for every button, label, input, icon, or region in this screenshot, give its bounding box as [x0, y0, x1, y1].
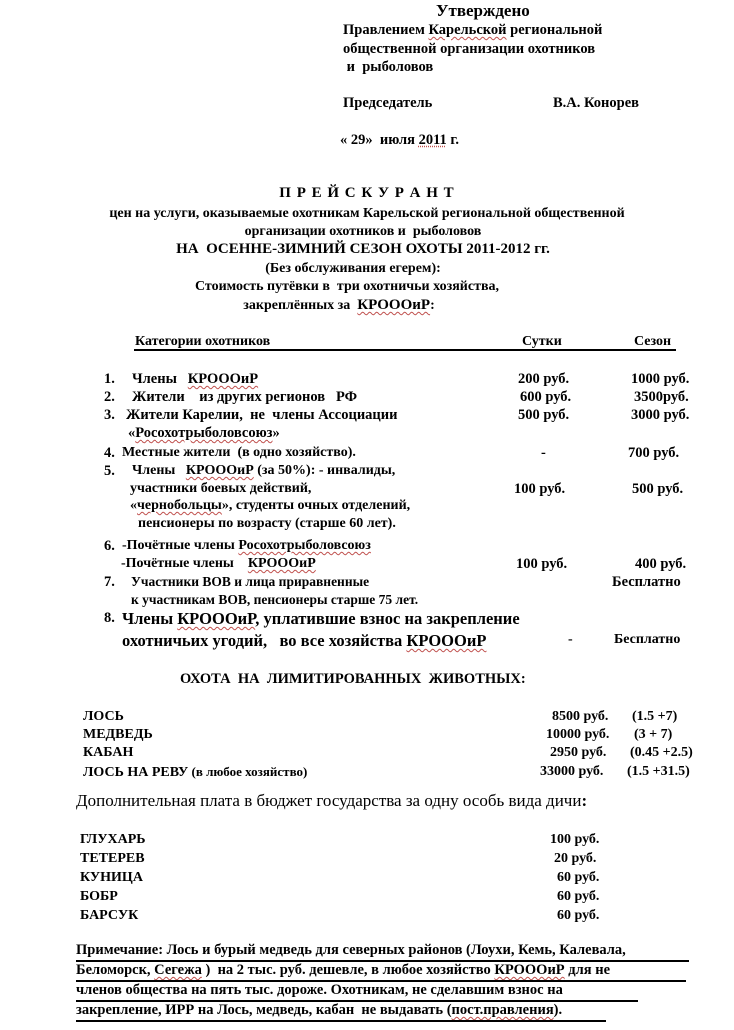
text: (в любое хозяйство): [188, 764, 307, 779]
price-day: 500 руб.: [518, 408, 569, 423]
text: КРОООиР: [357, 297, 430, 313]
row-category-text: к участникам ВОВ, пенсионеры старше 75 л…: [131, 593, 418, 607]
column-header-day: Сутки: [522, 335, 562, 349]
text: пенсионеры по возрасту (старше 60 лет).: [138, 516, 396, 531]
row-category-text: Члены КРОООиР, уплатившие взнос на закре…: [122, 611, 520, 628]
text: ЛОСЬ НА РЕВУ: [83, 765, 188, 780]
text: :: [430, 298, 435, 313]
approval-date: « 29» июля 2011 г.: [340, 133, 459, 148]
approval-title: Утверждено: [436, 2, 530, 19]
text: пост.правления: [452, 1002, 554, 1018]
text: -Почётные члены: [122, 538, 238, 553]
row-number: 3.: [104, 408, 115, 423]
animal-price: 2950 руб.: [550, 746, 606, 760]
animal-price: 8500 руб.: [552, 710, 608, 724]
note-line-text: Примечание: Лось и бурый медведь для сев…: [76, 943, 626, 958]
text: Участники ВОВ и лица приравненные: [131, 574, 369, 589]
note-line-text: закрепление, ИРР на Лось, медведь, кабан…: [76, 1003, 562, 1018]
text: «: [130, 498, 137, 513]
row-category-text: Жители из других регионов РФ: [132, 390, 357, 405]
text: КРОООиР: [177, 609, 255, 628]
game-price: 60 руб.: [557, 871, 599, 885]
text: ) на 2 тыс. руб. дешевле, в любое хозяйс…: [202, 962, 494, 978]
text: Беломорск,: [76, 962, 154, 978]
text: Члены: [132, 463, 186, 478]
text: 2011: [419, 132, 447, 148]
price-day: 100 руб.: [514, 482, 565, 497]
header-divider: [134, 349, 676, 351]
text: Члены: [122, 609, 177, 628]
text: закреплённых за: [243, 298, 357, 313]
row-category-text: -Почётные члены КРОООиР: [121, 557, 316, 571]
row-number: 4.: [104, 446, 115, 461]
animal-quota: (1.5 +31.5): [627, 765, 690, 779]
cost-line-2: закреплённых за КРОООиР:: [0, 298, 706, 313]
price-day: -: [568, 633, 573, 647]
animal-name: КАБАН: [83, 746, 133, 760]
price-day: 600 руб.: [520, 390, 571, 405]
price-list-subtitle-1: цен на услуги, оказываемые охотникам Кар…: [0, 207, 734, 221]
text: ЛОСЬ: [83, 709, 124, 724]
text: участники боевых действий,: [130, 481, 311, 496]
row-category-text: охотничьих угодий, во все хозяйства КРОО…: [122, 633, 486, 650]
game-name: БАРСУК: [80, 909, 138, 923]
text: Примечание: Лось и бурый медведь для сев…: [76, 942, 626, 958]
row-number: 2.: [104, 390, 115, 405]
cost-line-1: Стоимость путёвки в три охотничьи хозяйс…: [0, 280, 714, 294]
chairman-name: В.А. Конорев: [553, 96, 639, 111]
row-category-text: участники боевых действий,: [130, 482, 311, 496]
row-category-text: Жители Карелии, не члены Ассоциации: [126, 408, 398, 423]
text: Карельской: [428, 22, 506, 38]
animal-quota: (0.45 +2.5): [630, 746, 693, 760]
row-category-text: «Росохотрыболовсоюз»: [128, 426, 280, 441]
chairman-label: Председатель: [343, 96, 432, 111]
row-category-text: «чернобольцы», студенты очных отделений,: [130, 499, 410, 513]
game-price: 100 руб.: [550, 833, 599, 847]
game-name: БОБР: [80, 890, 118, 904]
row-category-text: Члены КРОООиР: [132, 372, 258, 387]
text: КРОООиР: [494, 962, 564, 978]
text: чернобольцы: [137, 498, 222, 513]
text: г.: [447, 132, 459, 148]
text: КРОООиР: [188, 371, 258, 387]
text: »: [273, 425, 280, 441]
price-list-subtitle-2: организации охотников и рыболовов: [0, 225, 730, 239]
row-category-text: пенсионеры по возрасту (старше 60 лет).: [138, 517, 396, 531]
row-category-text: Члены КРОООиР (за 50%): - инвалиды,: [132, 464, 395, 478]
text: « 29» июля: [340, 132, 419, 148]
row-number: 6.: [104, 539, 115, 554]
animal-quota: (3 + 7): [634, 728, 672, 742]
text: КРОООиР: [406, 631, 486, 650]
price-season: 400 руб.: [635, 557, 686, 572]
game-name: КУНИЦА: [80, 871, 143, 885]
text: Члены: [132, 371, 188, 387]
price-day: -: [541, 446, 546, 461]
animal-price: 10000 руб.: [546, 728, 609, 742]
row-number: 5.: [104, 464, 115, 479]
text: -Почётные члены: [121, 556, 248, 571]
text: КАБАН: [83, 745, 133, 760]
game-price: 60 руб.: [557, 890, 599, 904]
price-season: 500 руб.: [632, 482, 683, 497]
text: , уплатившие взнос на закрепление: [255, 609, 519, 628]
price-season: Бесплатно: [614, 633, 680, 647]
text: к участникам ВОВ, пенсионеры старше 75 л…: [131, 592, 418, 607]
text: охотничьих угодий, во все хозяйства: [122, 631, 406, 650]
limited-title: ОХОТА НА ЛИМИТИРОВАННЫХ ЖИВОТНЫХ:: [180, 672, 526, 687]
animal-quota: (1.5 +7): [632, 710, 677, 724]
text: (за 50%): - инвалиды,: [254, 463, 396, 478]
text: Росохотрыболовсоюз: [135, 425, 272, 441]
note-line-text: Беломорск, Сегежа ) на 2 тыс. руб. дешев…: [76, 963, 610, 978]
note-line-text: членов общества на пять тыс. дороже. Охо…: [76, 983, 563, 998]
approval-line-1: Правлением Карельской региональной: [343, 23, 602, 38]
text: Правлением: [343, 22, 428, 38]
text: закрепление, ИРР на Лось, медведь, кабан…: [76, 1002, 452, 1018]
column-header-category: Категории охотников: [135, 335, 270, 349]
price-season: 3000 руб.: [631, 408, 689, 423]
approval-line-3: и рыболовов: [343, 60, 433, 75]
animal-name: МЕДВЕДЬ: [83, 728, 153, 742]
row-number: 7.: [104, 575, 115, 590]
season-title: НА ОСЕННЕ-ЗИМНИЙ СЕЗОН ОХОТЫ 2011-2012 г…: [0, 242, 730, 257]
game-price: 20 руб.: [554, 852, 596, 866]
row-category-text: Местные жители (в одно хозяйство).: [122, 446, 356, 460]
text: ).: [554, 1002, 562, 1018]
column-header-season: Сезон: [634, 335, 671, 349]
price-season: Бесплатно: [612, 575, 681, 590]
animal-name: ЛОСЬ НА РЕВУ (в любое хозяйство): [83, 765, 307, 780]
text: МЕДВЕДЬ: [83, 727, 153, 742]
text: региональной: [507, 22, 603, 38]
price-season: 700 руб.: [628, 446, 679, 461]
additional-title: Дополнительная плата в бюджет государств…: [76, 792, 587, 809]
price-list-title: П Р Е Й С К У Р А Н Т: [0, 186, 734, 201]
row-category-text: -Почётные члены Росохотрыболовсоюз: [122, 539, 371, 553]
text: Росохотрыболовсоюз: [238, 538, 371, 553]
price-season: 3500руб.: [634, 390, 689, 405]
text: для не: [565, 962, 610, 978]
animal-name: ЛОСЬ: [83, 710, 124, 724]
text: Жители из других регионов РФ: [132, 389, 357, 405]
text: членов общества на пять тыс. дороже. Охо…: [76, 982, 563, 998]
text: Местные жители (в одно хозяйство).: [122, 445, 356, 460]
animal-price: 33000 руб.: [540, 765, 603, 779]
row-number: 1.: [104, 372, 115, 387]
text: Дополнительная плата в бюджет государств…: [76, 791, 581, 810]
game-name: ТЕТЕРЕВ: [80, 852, 145, 866]
text: Жители Карелии, не члены Ассоциации: [126, 407, 398, 423]
row-number: 8.: [104, 611, 115, 626]
price-day: 200 руб.: [518, 372, 569, 387]
row-category-text: Участники ВОВ и лица приравненные: [131, 575, 369, 589]
text: КРОООиР: [248, 556, 316, 571]
approval-line-2: общественной организации охотников: [343, 42, 595, 57]
text: Сегежа: [154, 962, 202, 978]
text: КРОООиР: [186, 463, 254, 478]
price-season: 1000 руб.: [631, 372, 689, 387]
game-name: ГЛУХАРЬ: [80, 833, 146, 847]
game-price: 60 руб.: [557, 909, 599, 923]
note-underline: [76, 1020, 606, 1022]
no-service-note: (Без обслуживания егерем):: [0, 262, 720, 276]
price-day: 100 руб.: [516, 557, 567, 572]
text: », студенты очных отделений,: [222, 498, 410, 513]
text: :: [581, 791, 587, 810]
